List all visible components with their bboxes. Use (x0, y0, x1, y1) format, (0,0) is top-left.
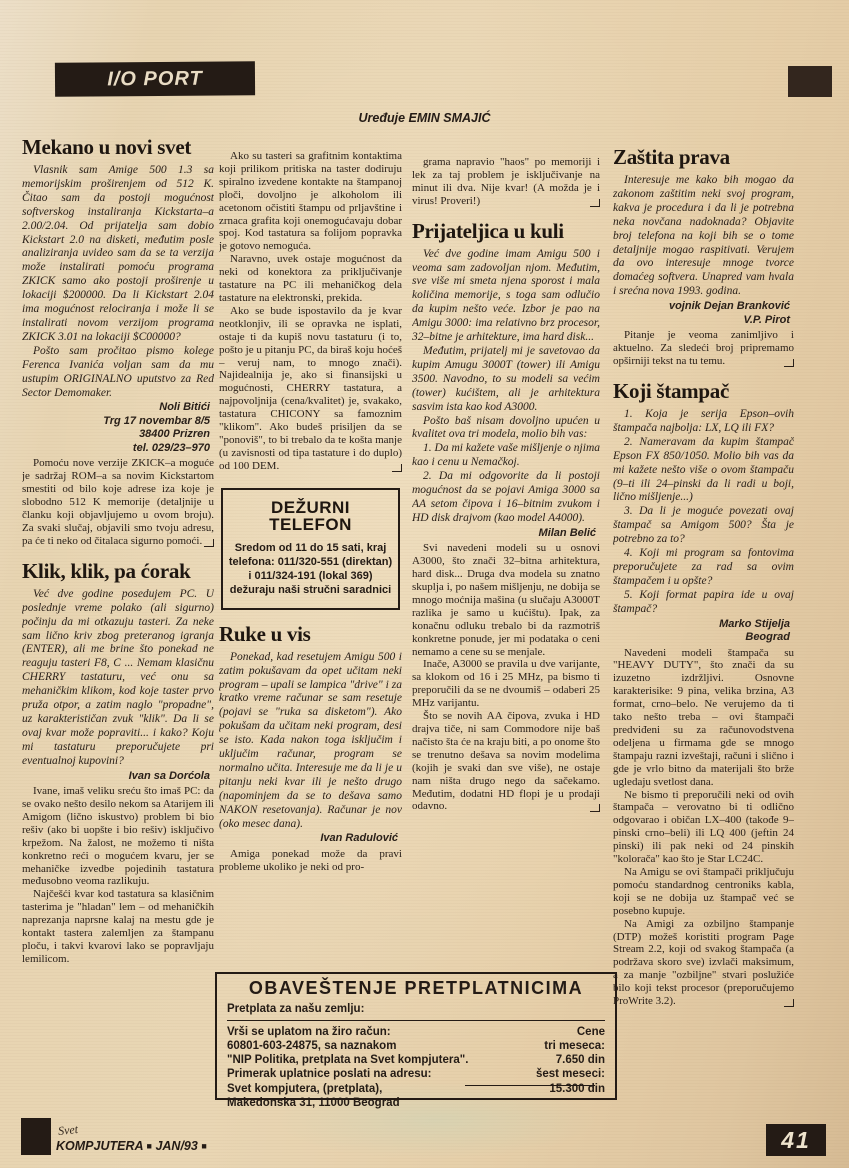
text-column-2: Ako su tasteri sa grafitnim kontaktima k… (219, 150, 402, 978)
end-of-article-mark (590, 804, 600, 812)
answer-paragraph: Na Amigi za ozbiljno štampanje (DTP) mož… (613, 918, 794, 1008)
footer-ink-block (21, 1118, 51, 1155)
answer-paragraph: grama napravio "haos" po memoriji i lek … (412, 156, 600, 208)
subscription-price-line: šest meseci: (500, 1067, 605, 1081)
letter-paragraph: Pošto sam pročitao pismo kolege Ferenca … (22, 345, 214, 401)
letter-paragraph: 2. Nameravam da kupim štampač Epson FX 8… (613, 436, 794, 506)
subscription-notice-box: OBAVEŠTENJE PRETPLATNICIMA Pretplata za … (215, 972, 617, 1100)
subscription-price-line: tri meseca: (500, 1039, 605, 1053)
article-heading: Ruke u vis (219, 623, 402, 645)
answer-paragraph: Ako su tasteri sa grafitnim kontaktima k… (219, 150, 402, 253)
subscription-price-line: 7.650 din (500, 1053, 605, 1067)
article-heading: Koji štampač (613, 380, 794, 402)
end-of-article-mark (590, 199, 600, 207)
end-of-article-mark (204, 539, 214, 547)
signature: Milan Belić (412, 527, 600, 541)
subscription-info-line: Svet kompjutera, (pretplata), (227, 1082, 500, 1096)
letter-paragraph: Interesuje me kako bih mogao da zakonom … (613, 174, 794, 299)
text-column-3: grama napravio "haos" po memoriji i lek … (412, 156, 600, 978)
answer-paragraph: Ne bismo ti preporučili neki od ovih šta… (613, 789, 794, 866)
footer-brand-name: KOMPJUTERA (56, 1139, 143, 1153)
subscription-info-line: 60801-603-24875, sa naznakom (227, 1039, 500, 1053)
letter-paragraph: 1. Koja je serija Epson–ovih štampača na… (613, 408, 794, 436)
subscription-payment-info: Vrši se uplatom na žiro račun:60801-603-… (227, 1025, 500, 1110)
editor-byline: Uređuje EMIN SMAJIĆ (0, 112, 849, 125)
letter-paragraph: Već dve godine posedujem PC. U poslednje… (22, 588, 214, 769)
end-of-article-mark (784, 999, 794, 1007)
article-heading: Prijateljica u kuli (412, 220, 600, 242)
answer-paragraph: Ivane, imaš veliku sreću što imaš PC: da… (22, 785, 214, 888)
divider (465, 1085, 595, 1086)
page-number: 41 (766, 1124, 826, 1156)
footer-brand-script: Svet (57, 1123, 78, 1137)
duty-phone-box: DEŽURNI TELEFONSredom od 11 do 15 sati, … (221, 488, 400, 610)
answer-paragraph: Pomoću nove verzije ZKICK–a moguće je sa… (22, 457, 214, 547)
subscription-prices: Cenetri meseca:7.650 dinšest meseci:15.3… (500, 1025, 605, 1110)
answer-paragraph: Najčešći kvar kod tastatura sa klasičnim… (22, 888, 214, 965)
divider (227, 1020, 605, 1021)
subscription-info-line: Vrši se uplatom na žiro račun: (227, 1025, 500, 1039)
signature-line: Ivan Radulović (219, 832, 398, 846)
signature-line: 38400 Prizren (22, 428, 210, 442)
answer-paragraph: Naravno, uvek ostaje mogućnost da neki o… (219, 253, 402, 305)
answer-paragraph: Amiga ponekad može da pravi probleme uko… (219, 848, 402, 874)
section-title: I/O PORT (107, 69, 203, 90)
signature-line: Milan Belić (412, 527, 596, 541)
signature-line: Trg 17 novembar 8/5 (22, 415, 210, 429)
signature: Ivan sa Dorćola (22, 770, 214, 784)
footer-issue: JAN/93 (155, 1139, 197, 1153)
corner-ink-block (788, 66, 832, 97)
signature-line: V.P. Pirot (613, 314, 790, 328)
duty-phone-title: DEŽURNI TELEFON (228, 499, 393, 533)
square-bullet-icon: ■ (201, 1141, 206, 1151)
letter-paragraph: Pošto baš nisam dovoljno upućen u kvalit… (412, 415, 600, 443)
text-column-1: Mekano u novi svetVlasnik sam Amige 500 … (22, 136, 214, 1126)
letter-paragraph: Ponekad, kad resetujem Amigu 500 i zatim… (219, 651, 402, 832)
subscription-info-line: Primerak uplatnice poslati na adresu: (227, 1067, 500, 1081)
letter-paragraph: Međutim, prijatelj mi je savetovao da ku… (412, 345, 600, 415)
signature-line: Beograd (613, 631, 790, 645)
article-heading: Zaštita prava (613, 146, 794, 168)
end-of-article-mark (392, 464, 402, 472)
letter-paragraph: Već dve godine imam Amigu 500 i veoma sa… (412, 248, 600, 345)
letter-paragraph: 1. Da mi kažete vaše mišljenje o njima k… (412, 442, 600, 470)
signature-line: Noli Bitići (22, 401, 210, 415)
answer-paragraph: Navedeni modeli štampača su "HEAVY DUTY"… (613, 647, 794, 789)
subscription-info-line: Makedonska 31, 11000 Beograd (227, 1096, 500, 1110)
end-of-article-mark (784, 359, 794, 367)
signature-line: vojnik Dejan Branković (613, 300, 790, 314)
signature-line: Marko Stijelja (613, 618, 790, 632)
letter-paragraph: Vlasnik sam Amige 500 1.3 sa memorijskim… (22, 164, 214, 345)
text-column-4: Zaštita pravaInteresuje me kako bih moga… (613, 146, 794, 1146)
letter-paragraph: 3. Da li je moguće povezati ovaj štampač… (613, 505, 794, 547)
answer-paragraph: Svi navedeni modeli su u osnovi A3000, š… (412, 542, 600, 658)
letter-paragraph: 4. Koji mi program sa fontovima preporuč… (613, 547, 794, 589)
footer-issue-line: KOMPJUTERA ■ JAN/93 ■ (56, 1140, 207, 1153)
signature-line: Ivan sa Dorćola (22, 770, 210, 784)
subscription-price-line: 15.300 din (500, 1082, 605, 1096)
duty-phone-body: Sredom od 11 do 15 sati, kraj telefona: … (228, 541, 393, 597)
letter-paragraph: 2. Da mi odgovorite da li postoji mogućn… (412, 470, 600, 526)
subscription-info-line: "NIP Politika, pretplata na Svet kompjut… (227, 1053, 500, 1067)
subscription-title: OBAVEŠTENJE PRETPLATNICIMA (227, 979, 605, 999)
section-banner: I/O PORT (55, 61, 255, 96)
square-bullet-icon: ■ (147, 1141, 152, 1151)
article-heading: Klik, klik, pa ćorak (22, 560, 214, 582)
letter-paragraph: 5. Koji format papira ide u ovaj štampač… (613, 589, 794, 617)
signature: Noli BitićiTrg 17 novembar 8/538400 Priz… (22, 401, 214, 455)
answer-paragraph: Pitanje je veoma zanimljivo i aktuelno. … (613, 329, 794, 368)
signature: Ivan Radulović (219, 832, 402, 846)
article-heading: Mekano u novi svet (22, 136, 214, 158)
answer-paragraph: Na Amigu se ovi štampači priključuju pom… (613, 866, 794, 918)
answer-paragraph: Što se novih AA čipova, zvuka i HD drajv… (412, 710, 600, 813)
subscription-subtitle: Pretplata za našu zemlju: (227, 1002, 605, 1017)
answer-paragraph: Ako se bude ispostavilo da je kvar neotk… (219, 305, 402, 473)
magazine-page-scan: I/O PORT Uređuje EMIN SMAJIĆ Mekano u no… (0, 0, 849, 1168)
signature: Marko StijeljaBeograd (613, 618, 794, 645)
subscription-price-line: Cene (500, 1025, 605, 1039)
answer-paragraph: Inače, A3000 se pravila u dve varijante,… (412, 658, 600, 710)
signature-line: tel. 029/23–970 (22, 442, 210, 456)
footer-brand: Svet KOMPJUTERA ■ JAN/93 ■ (56, 1121, 207, 1153)
signature: vojnik Dejan BrankovićV.P. Pirot (613, 300, 794, 327)
